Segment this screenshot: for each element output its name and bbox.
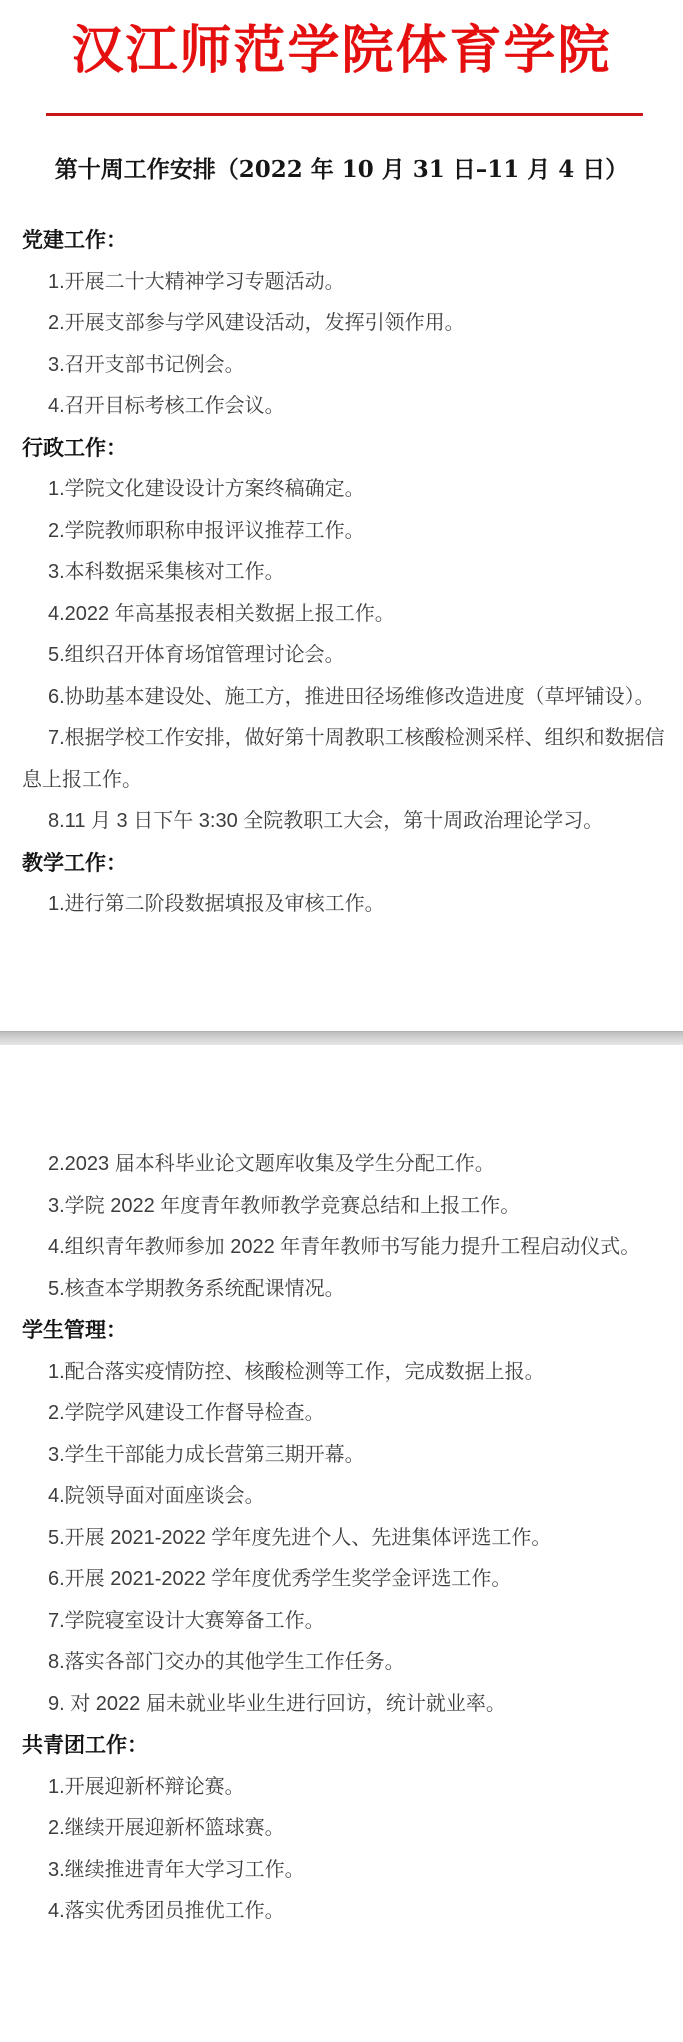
section-heading-student-management: 学生管理： — [22, 1310, 669, 1352]
work-item: 1.开展迎新杯辩论赛。 — [22, 1767, 669, 1809]
page-2: 2.2023 届本科毕业论文题库收集及学生分配工作。 3.学院 2022 年度青… — [0, 1144, 683, 1933]
work-item: 4.院领导面对面座谈会。 — [22, 1476, 669, 1518]
work-item: 6.协助基本建设处、施工方，推进田径场维修改造进度（草坪铺设）。 — [22, 677, 669, 719]
work-item: 5.核查本学期教务系统配课情况。 — [22, 1269, 669, 1311]
org-title: 汉江师范学院体育学院 — [0, 20, 683, 81]
work-item: 7.学院寝室设计大赛筹备工作。 — [22, 1601, 669, 1643]
work-item: 2.学院学风建设工作督导检查。 — [22, 1393, 669, 1435]
document: 汉江师范学院体育学院 第十周工作安排（2022 年 10 月 31 日–11 月… — [0, 0, 683, 2042]
work-item: 8.落实各部门交办的其他学生工作任务。 — [22, 1642, 669, 1684]
work-item: 6.开展 2021-2022 学年度优秀学生奖学金评选工作。 — [22, 1559, 669, 1601]
page-1-content: 党建工作： 1.开展二十大精神学习专题活动。 2.开展支部参与学风建设活动，发挥… — [0, 220, 683, 926]
work-item: 2.继续开展迎新杯篮球赛。 — [22, 1808, 669, 1850]
page-break-band — [0, 1031, 683, 1045]
work-item: 1.学院文化建设设计方案终稿确定。 — [22, 469, 669, 511]
section-heading-youth-league: 共青团工作： — [22, 1725, 669, 1767]
work-item: 2.开展支部参与学风建设活动，发挥引领作用。 — [22, 303, 669, 345]
work-item: 5.组织召开体育场馆管理讨论会。 — [22, 635, 669, 677]
work-item: 9. 对 2022 届未就业毕业生进行回访，统计就业率。 — [22, 1684, 669, 1726]
section-heading-administrative: 行政工作： — [22, 428, 669, 470]
work-item: 4.2022 年高基报表相关数据上报工作。 — [22, 594, 669, 636]
work-item: 3.学院 2022 年度青年教师教学竞赛总结和上报工作。 — [22, 1186, 669, 1228]
work-item: 1.开展二十大精神学习专题活动。 — [22, 262, 669, 304]
work-item: 1.配合落实疫情防控、核酸检测等工作，完成数据上报。 — [22, 1352, 669, 1394]
work-item: 1.进行第二阶段数据填报及审核工作。 — [22, 884, 669, 926]
work-item: 2.2023 届本科毕业论文题库收集及学生分配工作。 — [22, 1144, 669, 1186]
work-item: 4.召开目标考核工作会议。 — [22, 386, 669, 428]
title-divider — [46, 113, 643, 116]
doc-title: 第十周工作安排（2022 年 10 月 31 日–11 月 4 日） — [0, 156, 683, 184]
work-item: 3.本科数据采集核对工作。 — [22, 552, 669, 594]
work-item: 2.学院教师职称申报评议推荐工作。 — [22, 511, 669, 553]
work-item: 5.开展 2021-2022 学年度先进个人、先进集体评选工作。 — [22, 1518, 669, 1560]
work-item: 4.落实优秀团员推优工作。 — [22, 1891, 669, 1933]
work-item: 8.11 月 3 日下午 3:30 全院教职工大会，第十周政治理论学习。 — [22, 801, 669, 843]
page-1: 汉江师范学院体育学院 第十周工作安排（2022 年 10 月 31 日–11 月… — [0, 20, 683, 926]
section-heading-party-building: 党建工作： — [22, 220, 669, 262]
work-item: 3.继续推进青年大学习工作。 — [22, 1850, 669, 1892]
work-item: 4.组织青年教师参加 2022 年青年教师书写能力提升工程启动仪式。 — [22, 1227, 669, 1269]
work-item: 7.根据学校工作安排，做好第十周教职工核酸检测采样、组织和数据信息上报工作。 — [22, 718, 669, 801]
work-item: 3.学生干部能力成长营第三期开幕。 — [22, 1435, 669, 1477]
section-heading-teaching: 教学工作： — [22, 843, 669, 885]
work-item: 3.召开支部书记例会。 — [22, 345, 669, 387]
